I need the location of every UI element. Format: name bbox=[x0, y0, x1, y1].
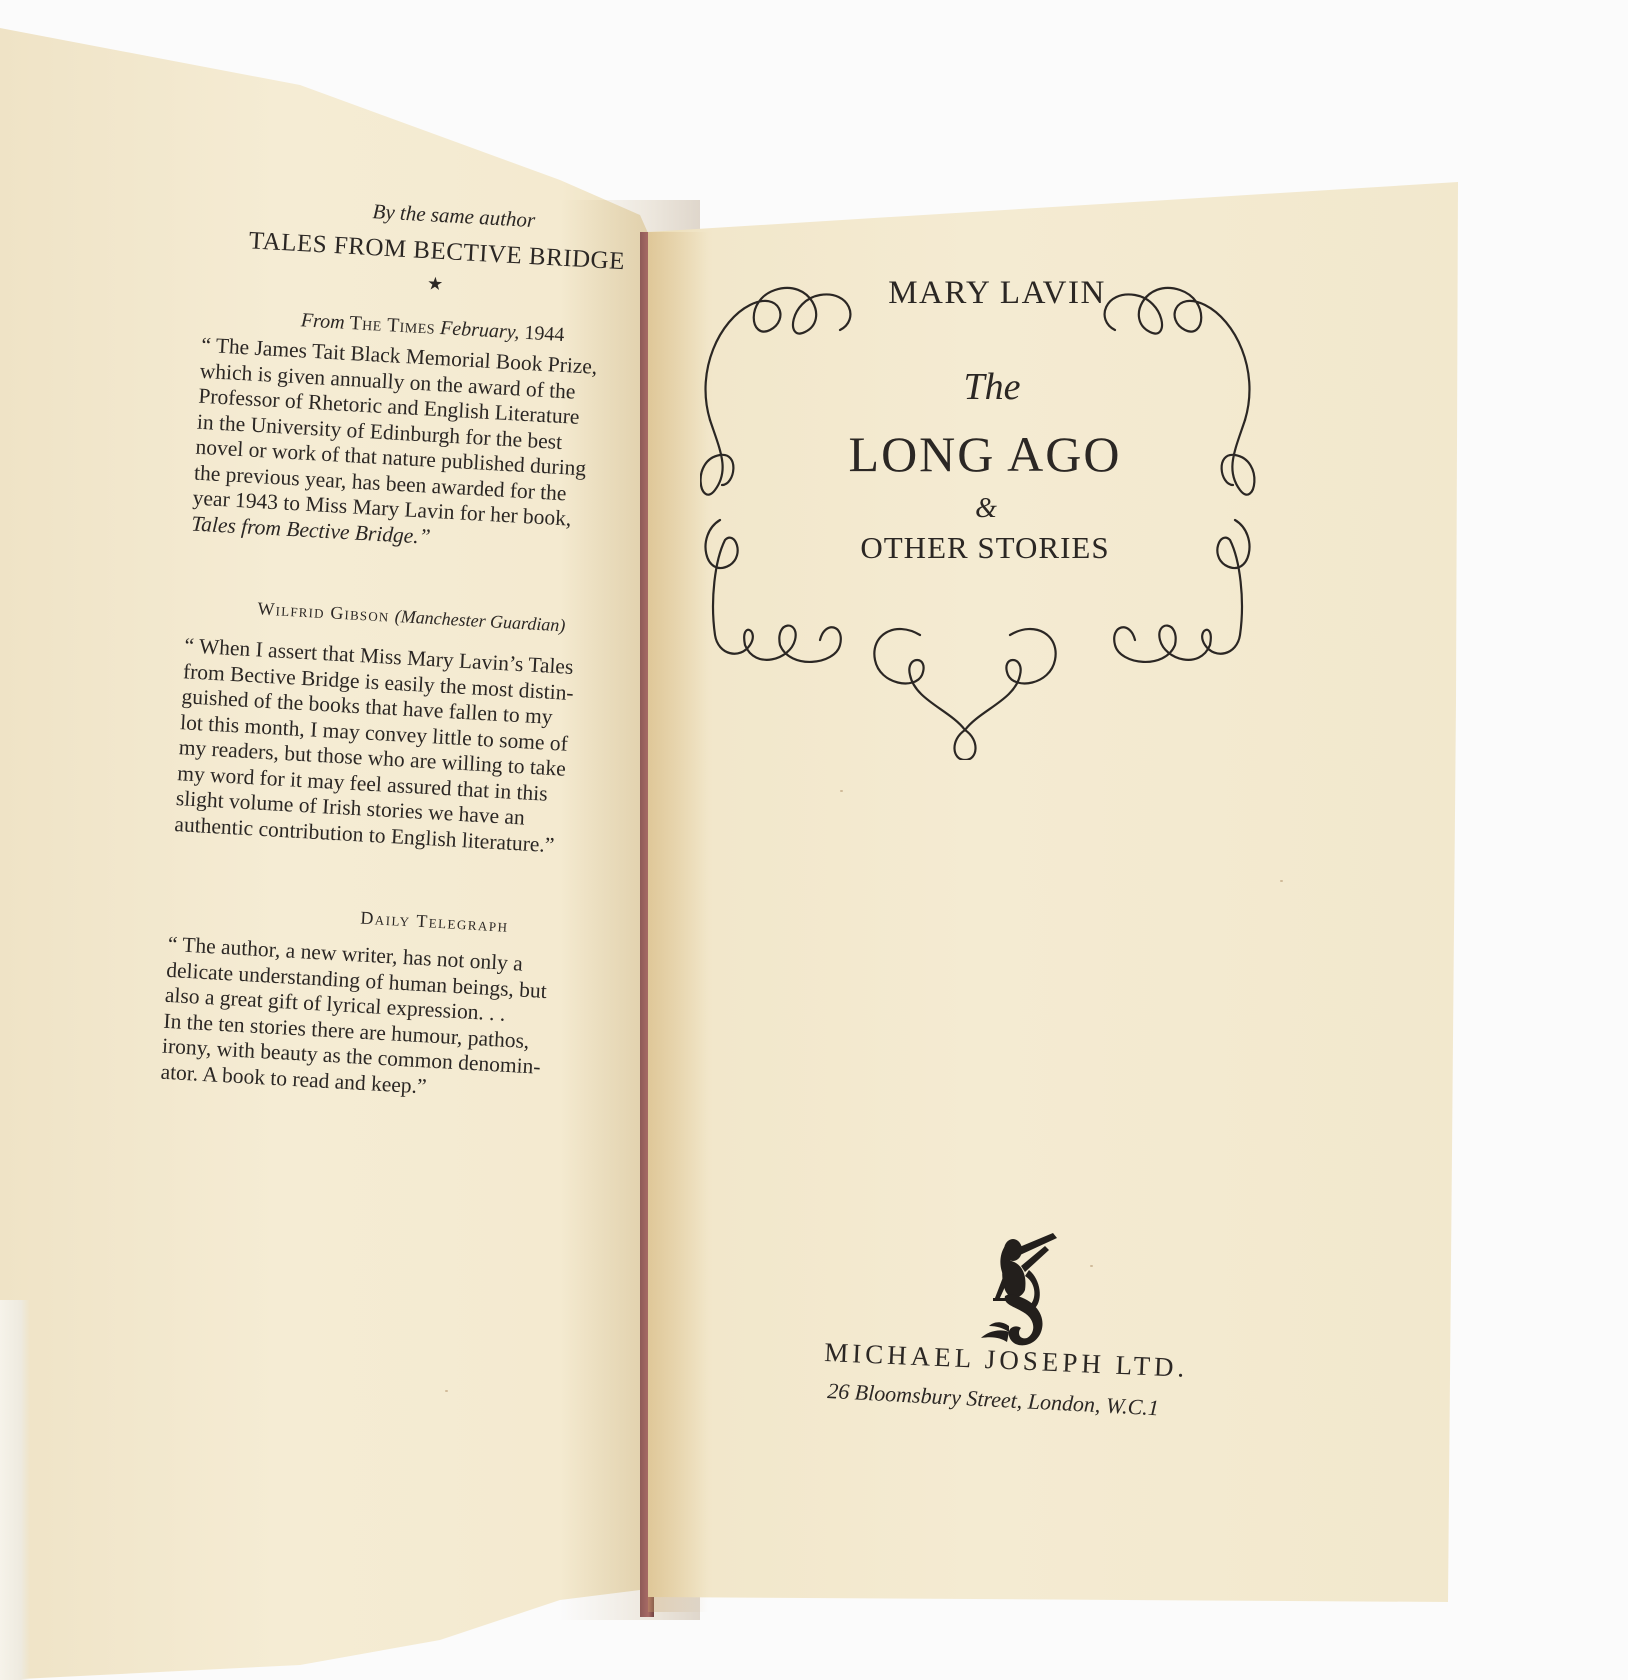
review-quote-telegraph: “ The author, a new writer, has not only… bbox=[160, 932, 588, 1108]
reviewer-name: Wilfrid Gibson bbox=[257, 598, 390, 625]
paper-speck bbox=[445, 1390, 448, 1392]
left-page-text: By the same author TALES FROM BECTIVE BR… bbox=[160, 190, 629, 1108]
title-block: MARY LAVIN The LONG AGO & OTHER STORIES bbox=[700, 260, 1260, 760]
paper-speck bbox=[840, 790, 843, 792]
title-article: The bbox=[700, 365, 1260, 409]
book-title: LONG AGO bbox=[700, 425, 1260, 483]
source-name: The Times bbox=[349, 312, 436, 339]
review-quote-gibson: “ When I assert that Miss Mary Lavin’s T… bbox=[174, 633, 605, 860]
source-month: February, bbox=[440, 317, 521, 343]
paper-speck bbox=[1280, 880, 1283, 882]
book-subtitle: OTHER STORIES bbox=[700, 530, 1260, 566]
review-quote-times: “ The James Tait Black Memorial Book Pri… bbox=[191, 333, 622, 560]
source-year: 1944 bbox=[524, 322, 565, 346]
page-edges bbox=[0, 1300, 30, 1680]
author-name: MARY LAVIN bbox=[700, 275, 1260, 312]
paper-speck bbox=[1090, 1265, 1093, 1267]
mermaid-blowing-conch-icon bbox=[975, 1228, 1085, 1353]
review-source-gibson: Wilfrid Gibson (Manchester Guardian) bbox=[216, 596, 607, 639]
title-ampersand: & bbox=[700, 493, 1260, 525]
title-page-gutter-shading bbox=[648, 232, 708, 1612]
review-source-telegraph: Daily Telegraph bbox=[279, 903, 590, 941]
reviewer-publication: (Manchester Guardian) bbox=[394, 606, 566, 636]
source-prefix: From bbox=[300, 309, 345, 333]
open-book-photo: By the same author TALES FROM BECTIVE BR… bbox=[0, 0, 1628, 1680]
